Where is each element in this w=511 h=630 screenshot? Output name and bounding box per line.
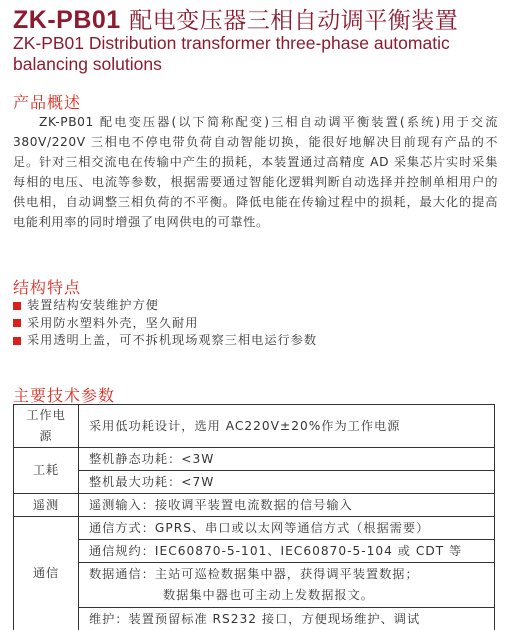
overview-heading: 产品概述 — [13, 90, 81, 113]
features-list: 装置结构安装维护方便 采用防水塑料外壳，坚久耐用 采用透明上盖，可不拆机现场观察… — [13, 297, 317, 350]
table-row: 工耗 整机静态功耗：<3W — [14, 448, 495, 471]
spec-label: 工作电源 — [14, 405, 79, 448]
spec-value: 采用低功耗设计，选用 AC220V±20%作为工作电源 — [79, 405, 495, 448]
table-row: 遥测 遥测输入：接收调平装置电流数据的信号输入 — [14, 494, 495, 517]
spec-label: 通信 — [14, 517, 79, 630]
spec-value: 维护：装置预留标准 RS232 接口，方便现场维护、调试 — [79, 608, 495, 630]
spec-value: 遥测输入：接收调平装置电流数据的信号输入 — [79, 494, 495, 517]
table-row: 整机最大功耗：<7W — [14, 471, 495, 494]
square-bullet-icon — [13, 302, 21, 310]
title-chinese: 配电变压器三相自动调平衡装置 — [129, 8, 458, 34]
table-row: 通信规约：IEC60870-5-101、IEC60870-5-104 或 CDT… — [14, 540, 495, 563]
specs-table: 工作电源 采用低功耗设计，选用 AC220V±20%作为工作电源 工耗 整机静态… — [13, 404, 495, 630]
square-bullet-icon — [13, 337, 21, 345]
title-english: ZK-PB01 Distribution transformer three-p… — [13, 33, 503, 75]
spec-value: 通信方式：GPRS、串口或以太网等通信方式（根据需要） — [79, 517, 495, 540]
spec-value: 整机静态功耗：<3W — [79, 448, 495, 471]
page-title: ZK-PB01 配电变压器三相自动调平衡装置 — [13, 2, 458, 35]
table-row: 通信 通信方式：GPRS、串口或以太网等通信方式（根据需要） — [14, 517, 495, 540]
spec-value: 通信规约：IEC60870-5-101、IEC60870-5-104 或 CDT… — [79, 540, 495, 563]
spec-value: 数据通信：主站可巡检数据集中器，获得调平装置数据； 数据集中器也可主动上发数据报… — [79, 563, 495, 608]
spec-label: 工耗 — [14, 448, 79, 494]
square-bullet-icon — [13, 319, 21, 327]
table-row: 数据通信：主站可巡检数据集中器，获得调平装置数据； 数据集中器也可主动上发数据报… — [14, 563, 495, 608]
spec-label: 遥测 — [14, 494, 79, 517]
specs-heading: 主要技术参数 — [13, 383, 115, 406]
table-row: 工作电源 采用低功耗设计，选用 AC220V±20%作为工作电源 — [14, 405, 495, 448]
model-number: ZK-PB01 — [13, 6, 121, 34]
overview-text: ZK-PB01 配电变压器(以下简称配变)三相自动调平衡装置(系统)用于交流 3… — [13, 112, 498, 232]
feature-item: 装置结构安装维护方便 — [13, 297, 317, 315]
table-row: 维护：装置预留标准 RS232 接口，方便现场维护、调试 — [14, 608, 495, 630]
feature-item: 采用防水塑料外壳，坚久耐用 — [13, 315, 317, 333]
spec-value: 整机最大功耗：<7W — [79, 471, 495, 494]
feature-item: 采用透明上盖，可不拆机现场观察三相电运行参数 — [13, 332, 317, 350]
features-heading: 结构特点 — [13, 275, 81, 298]
